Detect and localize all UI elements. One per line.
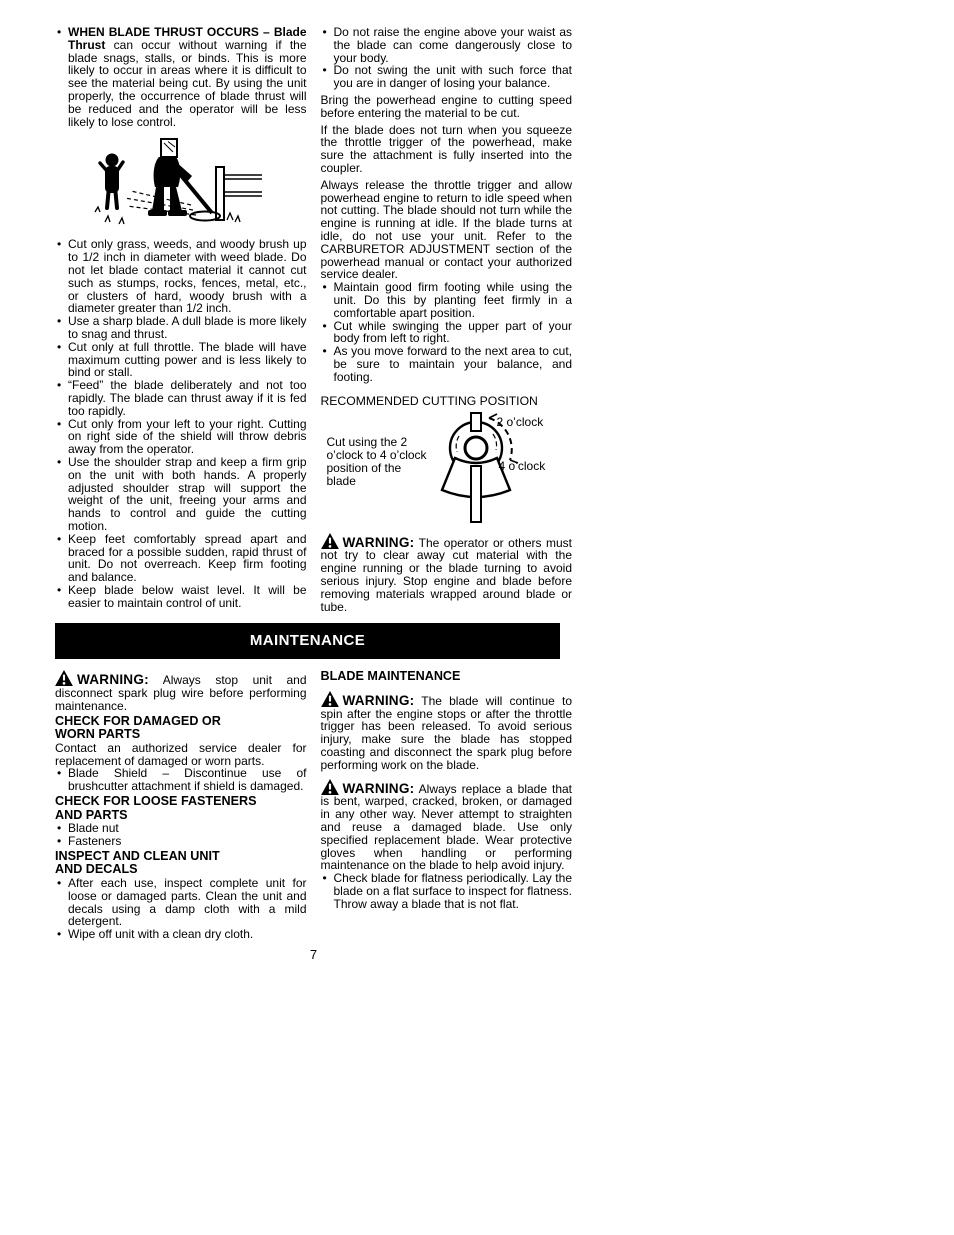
list-item: Fasteners bbox=[55, 835, 307, 848]
list-item: WHEN BLADE THRUST OCCURS – Blade Thrust … bbox=[55, 26, 307, 128]
list-item: Keep blade below waist level. It will be… bbox=[55, 584, 307, 610]
list-item: As you move forward to the next area to … bbox=[321, 345, 573, 383]
list-item: Check blade for flatness periodically. L… bbox=[321, 872, 573, 910]
blade-flatness-list: Check blade for flatness periodically. L… bbox=[321, 872, 573, 910]
list-item: Maintain good firm footing while using t… bbox=[321, 281, 573, 319]
warning-triangle-icon bbox=[55, 670, 73, 686]
list-item: “Feed” the blade deliberately and not to… bbox=[55, 379, 307, 417]
paragraph: Contact an authorized service dealer for… bbox=[55, 742, 307, 768]
paragraph: If the blade does not turn when you sque… bbox=[321, 124, 573, 175]
cutting-position-section: RECOMMENDED CUTTING POSITION Cut using t… bbox=[321, 394, 573, 526]
label-4-oclock: 4 o’clock bbox=[499, 460, 546, 472]
warning-stop-unit: WARNING: Always stop unit and disconnect… bbox=[55, 670, 307, 712]
list-item: Do not raise the engine above your waist… bbox=[321, 26, 573, 64]
cutting-position-heading: RECOMMENDED CUTTING POSITION bbox=[321, 394, 573, 408]
blade-thrust-illustration bbox=[75, 134, 307, 234]
heading-loose-fasteners: CHECK FOR LOOSE FASTENERS AND PARTS bbox=[55, 795, 307, 822]
maintenance-column-left: WARNING: Always stop unit and disconnect… bbox=[55, 670, 307, 941]
safety-bullet-list-right-top: Do not raise the engine above your waist… bbox=[321, 26, 573, 90]
list-item: After each use, inspect complete unit fo… bbox=[55, 877, 307, 928]
safety-section: WHEN BLADE THRUST OCCURS – Blade Thrust … bbox=[55, 26, 572, 613]
heading-check-damaged: CHECK FOR DAMAGED OR WORN PARTS bbox=[55, 715, 307, 742]
warning-label: WARNING: bbox=[77, 672, 149, 687]
blade-thrust-text: can occur without warning if the blade s… bbox=[68, 38, 307, 129]
heading-blade-maintenance: BLADE MAINTENANCE bbox=[321, 670, 573, 684]
warning-triangle-icon bbox=[321, 533, 339, 549]
warning-clear-material: WARNING: The operator or others must not… bbox=[321, 533, 573, 614]
maintenance-section: WARNING: Always stop unit and disconnect… bbox=[55, 670, 572, 941]
safety-column-left: WHEN BLADE THRUST OCCURS – Blade Thrust … bbox=[55, 26, 307, 613]
page-number: 7 bbox=[55, 947, 572, 962]
list-item: Cut while swinging the upper part of you… bbox=[321, 320, 573, 346]
label-2-oclock: 2 o’clock bbox=[497, 416, 544, 428]
safety-bullet-list-right-bottom: Maintain good firm footing while using t… bbox=[321, 281, 573, 383]
heading-inspect-clean: INSPECT AND CLEAN UNIT AND DECALS bbox=[55, 850, 307, 877]
safety-bullet-list-left: Cut only grass, weeds, and woody brush u… bbox=[55, 238, 307, 609]
list-item: Cut only at full throttle. The blade wil… bbox=[55, 341, 307, 379]
warning-blade-spin: WARNING: The blade will continue to spin… bbox=[321, 691, 573, 772]
safety-column-right: Do not raise the engine above your waist… bbox=[321, 26, 573, 613]
paragraph: Always release the throttle trigger and … bbox=[321, 179, 573, 281]
list-item: Use the shoulder strap and keep a firm g… bbox=[55, 456, 307, 533]
cutting-position-diagram: Cut using the 2 o’clock to 4 o’clock pos… bbox=[321, 412, 573, 526]
list-item: Do not swing the unit with such force th… bbox=[321, 64, 573, 90]
maintenance-banner: MAINTENANCE bbox=[55, 623, 560, 659]
manual-page: WHEN BLADE THRUST OCCURS – Blade Thrust … bbox=[55, 26, 572, 962]
list-item: Use a sharp blade. A dull blade is more … bbox=[55, 315, 307, 341]
fasteners-list: Blade nut Fasteners bbox=[55, 822, 307, 848]
list-item: Keep feet comfortably spread apart and b… bbox=[55, 533, 307, 584]
warning-triangle-icon bbox=[321, 691, 339, 707]
blade-thrust-illustration-svg bbox=[75, 134, 265, 229]
warning-text: Always replace a blade that is bent, war… bbox=[321, 782, 573, 873]
blade-thrust-list: WHEN BLADE THRUST OCCURS – Blade Thrust … bbox=[55, 26, 307, 128]
warning-label: WARNING: bbox=[343, 781, 415, 796]
list-item: Blade Shield – Discontinue use of brushc… bbox=[55, 767, 307, 793]
paragraph: Bring the powerhead engine to cutting sp… bbox=[321, 94, 573, 120]
damaged-parts-list: Blade Shield – Discontinue use of brushc… bbox=[55, 767, 307, 793]
warning-label: WARNING: bbox=[343, 693, 415, 708]
list-item: Cut only grass, weeds, and woody brush u… bbox=[55, 238, 307, 315]
warning-replace-blade: WARNING: Always replace a blade that is … bbox=[321, 779, 573, 873]
maintenance-column-right: BLADE MAINTENANCE WARNING: The blade wil… bbox=[321, 670, 573, 941]
warning-label: WARNING: bbox=[343, 535, 415, 550]
inspect-clean-list: After each use, inspect complete unit fo… bbox=[55, 877, 307, 941]
warning-triangle-icon bbox=[321, 779, 339, 795]
list-item: Wipe off unit with a clean dry cloth. bbox=[55, 928, 307, 941]
list-item: Cut only from your left to your right. C… bbox=[55, 418, 307, 456]
